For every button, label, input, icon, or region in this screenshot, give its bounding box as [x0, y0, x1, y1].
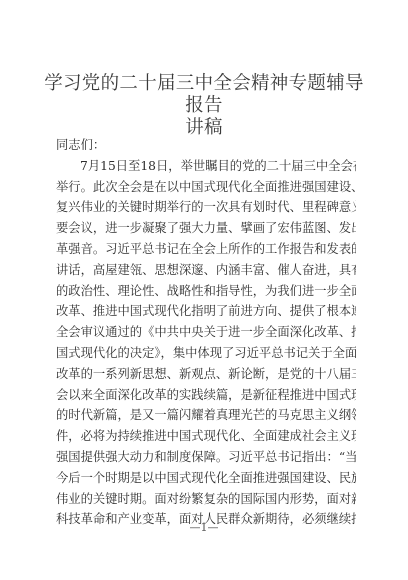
paragraph-line: 讲话，高屋建瓴、思想深邃、内涵丰富、催人奋进，具有很强 — [56, 260, 356, 281]
paragraph-line: 件，必将为持续推进中国式现代化、全面建成社会主义现代化 — [56, 426, 356, 447]
paragraph-line: 强国提供强大动力和制度保障。习近平总书记指出：“当前和 — [56, 447, 356, 468]
page-number: —1— — [0, 521, 408, 534]
document-body: 同志们： 7月15日至18日，举世瞩目的党的二十届三中全会在北京 举行。此次全会… — [56, 135, 356, 530]
title-line-1: 学习党的二十届三中全会精神专题辅导报告 — [40, 73, 368, 117]
paragraph-line: 改革、推进中国式现代化指明了前进方向、提供了根本遵循。 — [56, 301, 356, 322]
paragraph-line: 国式现代化的决定》，集中体现了习近平总书记关于全面深化 — [56, 343, 356, 364]
paragraph-line: 伟业的关键时期。面对纷繁复杂的国际国内形势，面对新一轮 — [56, 489, 356, 510]
paragraph-line: 会以来全面深化改革的实践续篇，是新征程推进中国式现代化 — [56, 385, 356, 406]
paragraph-line: 的政治性、理论性、战略性和指导性，为我们进一步全面深化 — [56, 281, 356, 302]
paragraph-line: 革强音。习近平总书记在全会上所作的工作报告和发表的重要 — [56, 239, 356, 260]
salutation: 同志们： — [56, 135, 356, 156]
paragraph-line: 今后一个时期是以中国式现代化全面推进强国建设、民族复兴 — [56, 468, 356, 489]
document-title: 学习党的二十届三中全会精神专题辅导报告 讲稿 — [40, 73, 368, 139]
paragraph-line: 复兴伟业的关键时期举行的一次具有划时代、里程碑意义的重 — [56, 197, 356, 218]
document-page: 学习党的二十届三中全会精神专题辅导报告 讲稿 同志们： 7月15日至18日，举世… — [0, 0, 408, 580]
paragraph-line: 全会审议通过的《中共中央关于进一步全面深化改革、推进中 — [56, 322, 356, 343]
paragraph-line: 7月15日至18日，举世瞩目的党的二十届三中全会在北京 — [56, 156, 356, 177]
paragraph-line: 举行。此次全会是在以中国式现代化全面推进强国建设、民族 — [56, 177, 356, 198]
paragraph-line: 改革的一系列新思想、新观点、新论断，是党的十八届三中全 — [56, 364, 356, 385]
paragraph-line: 的时代新篇，是又一篇闪耀着真理光芒的马克思主义纲领性文 — [56, 405, 356, 426]
paragraph-line: 要会议，进一步凝聚了强大力量、擘画了宏伟蓝图、发出了改 — [56, 218, 356, 239]
